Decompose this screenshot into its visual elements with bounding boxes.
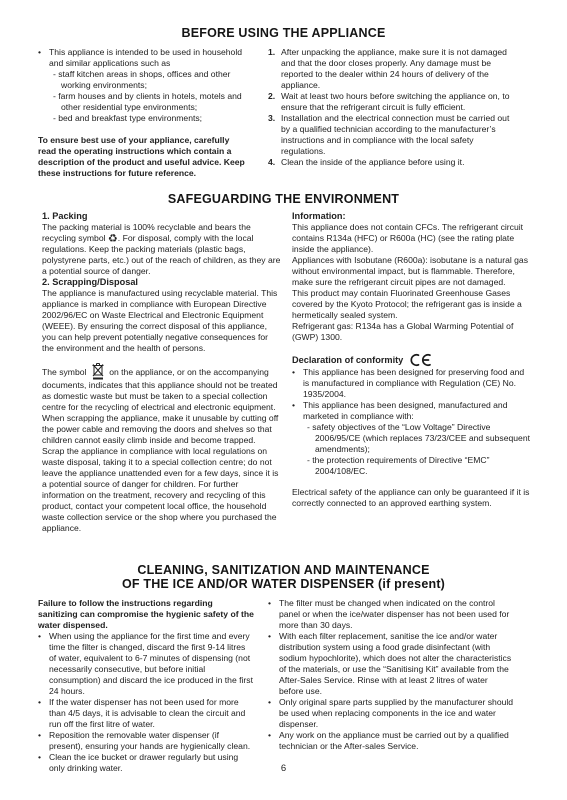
sub-list-item: - safety objectives of the “Low Voltage”… (307, 422, 530, 455)
gwp-paragraph: Refrigerant gas: R134a has a Global Warm… (292, 321, 530, 343)
numbered-item: 4. Clean the inside of the appliance bef… (268, 157, 516, 168)
sub-list-item: - bed and breakfast type environments; (53, 113, 245, 124)
packing-heading: 1. Packing (42, 211, 281, 222)
list-item-text: This appliance has been designed, manufa… (303, 400, 530, 422)
list-item-text: Reposition the removable water dispenser… (49, 730, 254, 752)
section-before-using: BEFORE USING THE APPLIANCE • This applia… (0, 26, 567, 179)
list-item: • With each filter replacement, sanitise… (268, 631, 514, 697)
section-title-safeguarding: SAFEGUARDING THE ENVIRONMENT (0, 192, 567, 206)
list-item: • The filter must be changed when indica… (268, 598, 514, 631)
bullet-glyph: • (268, 631, 279, 697)
bold-advice-note: To ensure best use of your appliance, ca… (38, 135, 245, 179)
list-item-text: This appliance has been designed for pre… (303, 367, 530, 400)
information-heading: Information: (292, 211, 530, 222)
list-item-text: Any work on the appliance must be carrie… (279, 730, 514, 752)
list-item: • Only original spare parts supplied by … (268, 697, 514, 730)
declaration-heading-row: Declaration of conformity (292, 353, 530, 367)
before-using-left-column: • This appliance is intended to be used … (38, 47, 245, 179)
bullet-glyph: • (268, 598, 279, 631)
list-item-text: With each filter replacement, sanitise t… (279, 631, 514, 697)
list-item-text: If the water dispenser has not been used… (49, 697, 254, 730)
list-item: • Reposition the removable water dispens… (38, 730, 254, 752)
scrapping-paragraph: The appliance is manufactured using recy… (42, 288, 281, 354)
list-item: • This appliance has been designed, manu… (292, 400, 530, 422)
sub-list-item: - staff kitchen areas in shops, offices … (53, 69, 245, 91)
sub-list-item: - farm houses and by clients in hotels, … (53, 91, 245, 113)
item-number: 2. (268, 91, 281, 113)
section-title-cleaning-line2: OF THE ICE AND/OR WATER DISPENSER (if pr… (0, 577, 567, 591)
electrical-safety-paragraph: Electrical safety of the appliance can o… (292, 487, 530, 509)
numbered-item-text: Wait at least two hours before switching… (281, 91, 516, 113)
list-item: • This appliance has been designed for p… (292, 367, 530, 400)
declaration-heading: Declaration of conformity (292, 355, 403, 366)
numbered-item-text: Installation and the electrical connecti… (281, 113, 516, 157)
item-number: 3. (268, 113, 281, 157)
item-number: 1. (268, 47, 281, 91)
list-item: • Any work on the appliance must be carr… (268, 730, 514, 752)
waste-disposal-paragraph: Scrap the appliance in compliance with l… (42, 446, 281, 534)
numbered-item: 2. Wait at least two hours before switch… (268, 91, 516, 113)
list-item-text: This appliance is intended to be used in… (49, 47, 245, 69)
packing-paragraph: The packing material is 100% recyclable … (42, 222, 281, 277)
bullet-glyph: • (38, 631, 49, 697)
bullet-glyph: • (38, 47, 49, 69)
bullet-glyph: • (38, 697, 49, 730)
numbered-item: 1. After unpacking the appliance, make s… (268, 47, 516, 91)
ce-mark-icon (408, 353, 432, 367)
list-item-text: Only original spare parts supplied by th… (279, 697, 514, 730)
numbered-item-text: After unpacking the appliance, make sure… (281, 47, 516, 91)
environment-right-column: Information: This appliance does not con… (292, 211, 530, 509)
environment-left-column: 1. Packing The packing material is 100% … (42, 211, 281, 534)
greenhouse-gases-paragraph: This product may contain Fluorinated Gre… (292, 288, 530, 321)
bullet-glyph: • (38, 730, 49, 752)
manual-page: BEFORE USING THE APPLIANCE • This applia… (0, 0, 567, 800)
isobutane-paragraph: Appliances with Isobutane (R600a): isobu… (292, 255, 530, 288)
numbered-item-text: Clean the inside of the appliance before… (281, 157, 516, 168)
section-title-before-using: BEFORE USING THE APPLIANCE (0, 26, 567, 40)
bullet-glyph: • (292, 400, 303, 422)
list-item-text: When using the appliance for the first t… (49, 631, 254, 697)
scrapping-heading: 2. Scrapping/Disposal (42, 277, 281, 288)
sub-list-item: - the protection requirements of Directi… (307, 455, 530, 477)
numbered-item: 3. Installation and the electrical conne… (268, 113, 516, 157)
weee-text-before-icon: The symbol (42, 367, 86, 377)
weee-bin-icon (91, 362, 105, 380)
bullet-glyph: • (292, 367, 303, 400)
bullet-glyph: • (268, 730, 279, 752)
page-number: 6 (0, 763, 567, 774)
cfc-paragraph: This appliance does not contain CFCs. Th… (292, 222, 530, 255)
before-using-right-column: 1. After unpacking the appliance, make s… (268, 47, 516, 168)
bullet-glyph: • (268, 697, 279, 730)
section-safeguarding-environment: SAFEGUARDING THE ENVIRONMENT 1. Packing … (0, 192, 567, 534)
weee-symbol-paragraph: The symbol on the applia (42, 362, 281, 413)
section-title-cleaning-line1: CLEANING, SANITIZATION AND MAINTENANCE (0, 563, 567, 577)
scrapping-safety-paragraph: When scrapping the appliance, make it un… (42, 413, 281, 446)
list-item: • If the water dispenser has not been us… (38, 697, 254, 730)
section-cleaning-sanitization: CLEANING, SANITIZATION AND MAINTENANCE O… (0, 563, 567, 774)
sanitizing-warning: Failure to follow the instructions regar… (38, 598, 254, 631)
list-item-text: The filter must be changed when indicate… (279, 598, 514, 631)
list-item: • When using the appliance for the first… (38, 631, 254, 697)
list-item: • This appliance is intended to be used … (38, 47, 245, 69)
cleaning-right-column: • The filter must be changed when indica… (268, 598, 514, 752)
cleaning-left-column: Failure to follow the instructions regar… (38, 598, 254, 774)
item-number: 4. (268, 157, 281, 168)
